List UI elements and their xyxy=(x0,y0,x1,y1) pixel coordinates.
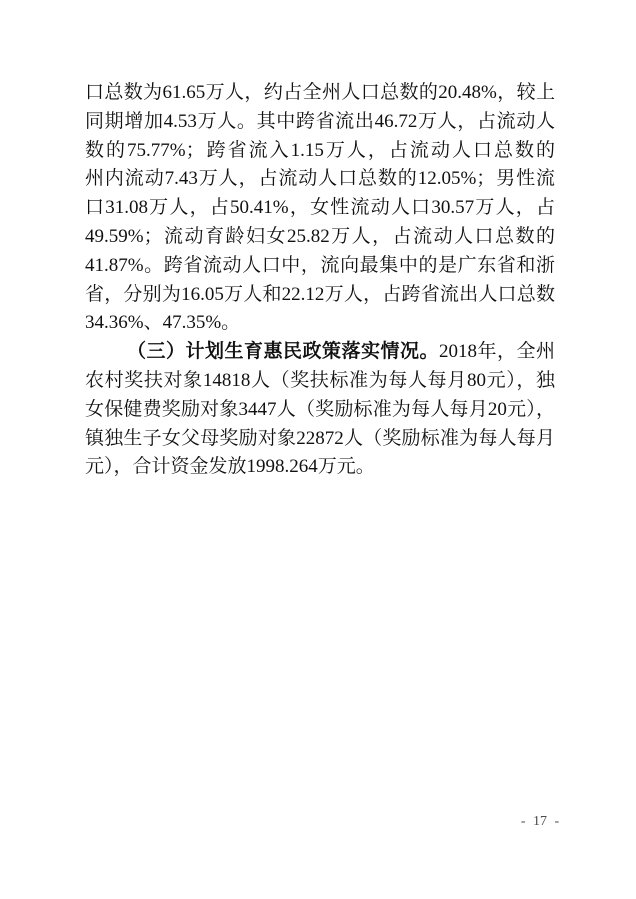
text-line: 49.59%；流动育龄妇女25.82万人，占流动人口总数的 xyxy=(85,223,555,252)
text-line: 镇独生子女父母奖励对象22872人（奖励标准为每人每月80 xyxy=(85,425,555,454)
text-line: 省，分别为16.05万人和22.12万人，占跨省流出人口总数的 xyxy=(85,281,555,310)
section-heading: （三）计划生育惠民政策落实情况。 xyxy=(127,341,439,362)
text-line: 同期增加4.53万人。其中跨省流出46.72万人，占流动人口总 xyxy=(85,108,555,137)
text-line: 34.36%、47.35%。 xyxy=(85,309,555,338)
document-page: 口总数为61.65万人，约占全州人口总数的20.48%，较上年度 同期增加4.5… xyxy=(0,0,636,899)
text-line: 数的75.77%；跨省流入1.15万人，占流动人口总数的1.85%； xyxy=(85,137,555,166)
paragraph-migrant-population: 口总数为61.65万人，约占全州人口总数的20.48%，较上年度 同期增加4.5… xyxy=(85,79,555,338)
text-line: 女保健费奖励对象3447人（奖励标准为每人每月20元），城 xyxy=(85,396,555,425)
text-line: 州内流动7.43万人，占流动人口总数的12.05%；男性流动人 xyxy=(85,165,555,194)
text-line: （三）计划生育惠民政策落实情况。2018年，全州享受 xyxy=(85,338,555,367)
text-line: 农村奖扶对象14818人（奖扶标准为每人每月80元），独生子 xyxy=(85,367,555,396)
text-line: 口31.08万人，占50.41%，女性流动人口30.57万人，占 xyxy=(85,194,555,223)
body-text: 口总数为61.65万人，约占全州人口总数的20.48%，较上年度 同期增加4.5… xyxy=(85,79,555,482)
page-number: - 17 - xyxy=(505,812,575,832)
text-line: 元），合计资金发放1998.264万元。 xyxy=(85,453,555,482)
paragraph-family-planning-policy: （三）计划生育惠民政策落实情况。2018年，全州享受 农村奖扶对象14818人（… xyxy=(85,338,555,482)
text-line: 41.87%。跨省流动人口中，流向最集中的是广东省和浙江 xyxy=(85,252,555,281)
text-line: 口总数为61.65万人，约占全州人口总数的20.48%，较上年度 xyxy=(85,79,555,108)
